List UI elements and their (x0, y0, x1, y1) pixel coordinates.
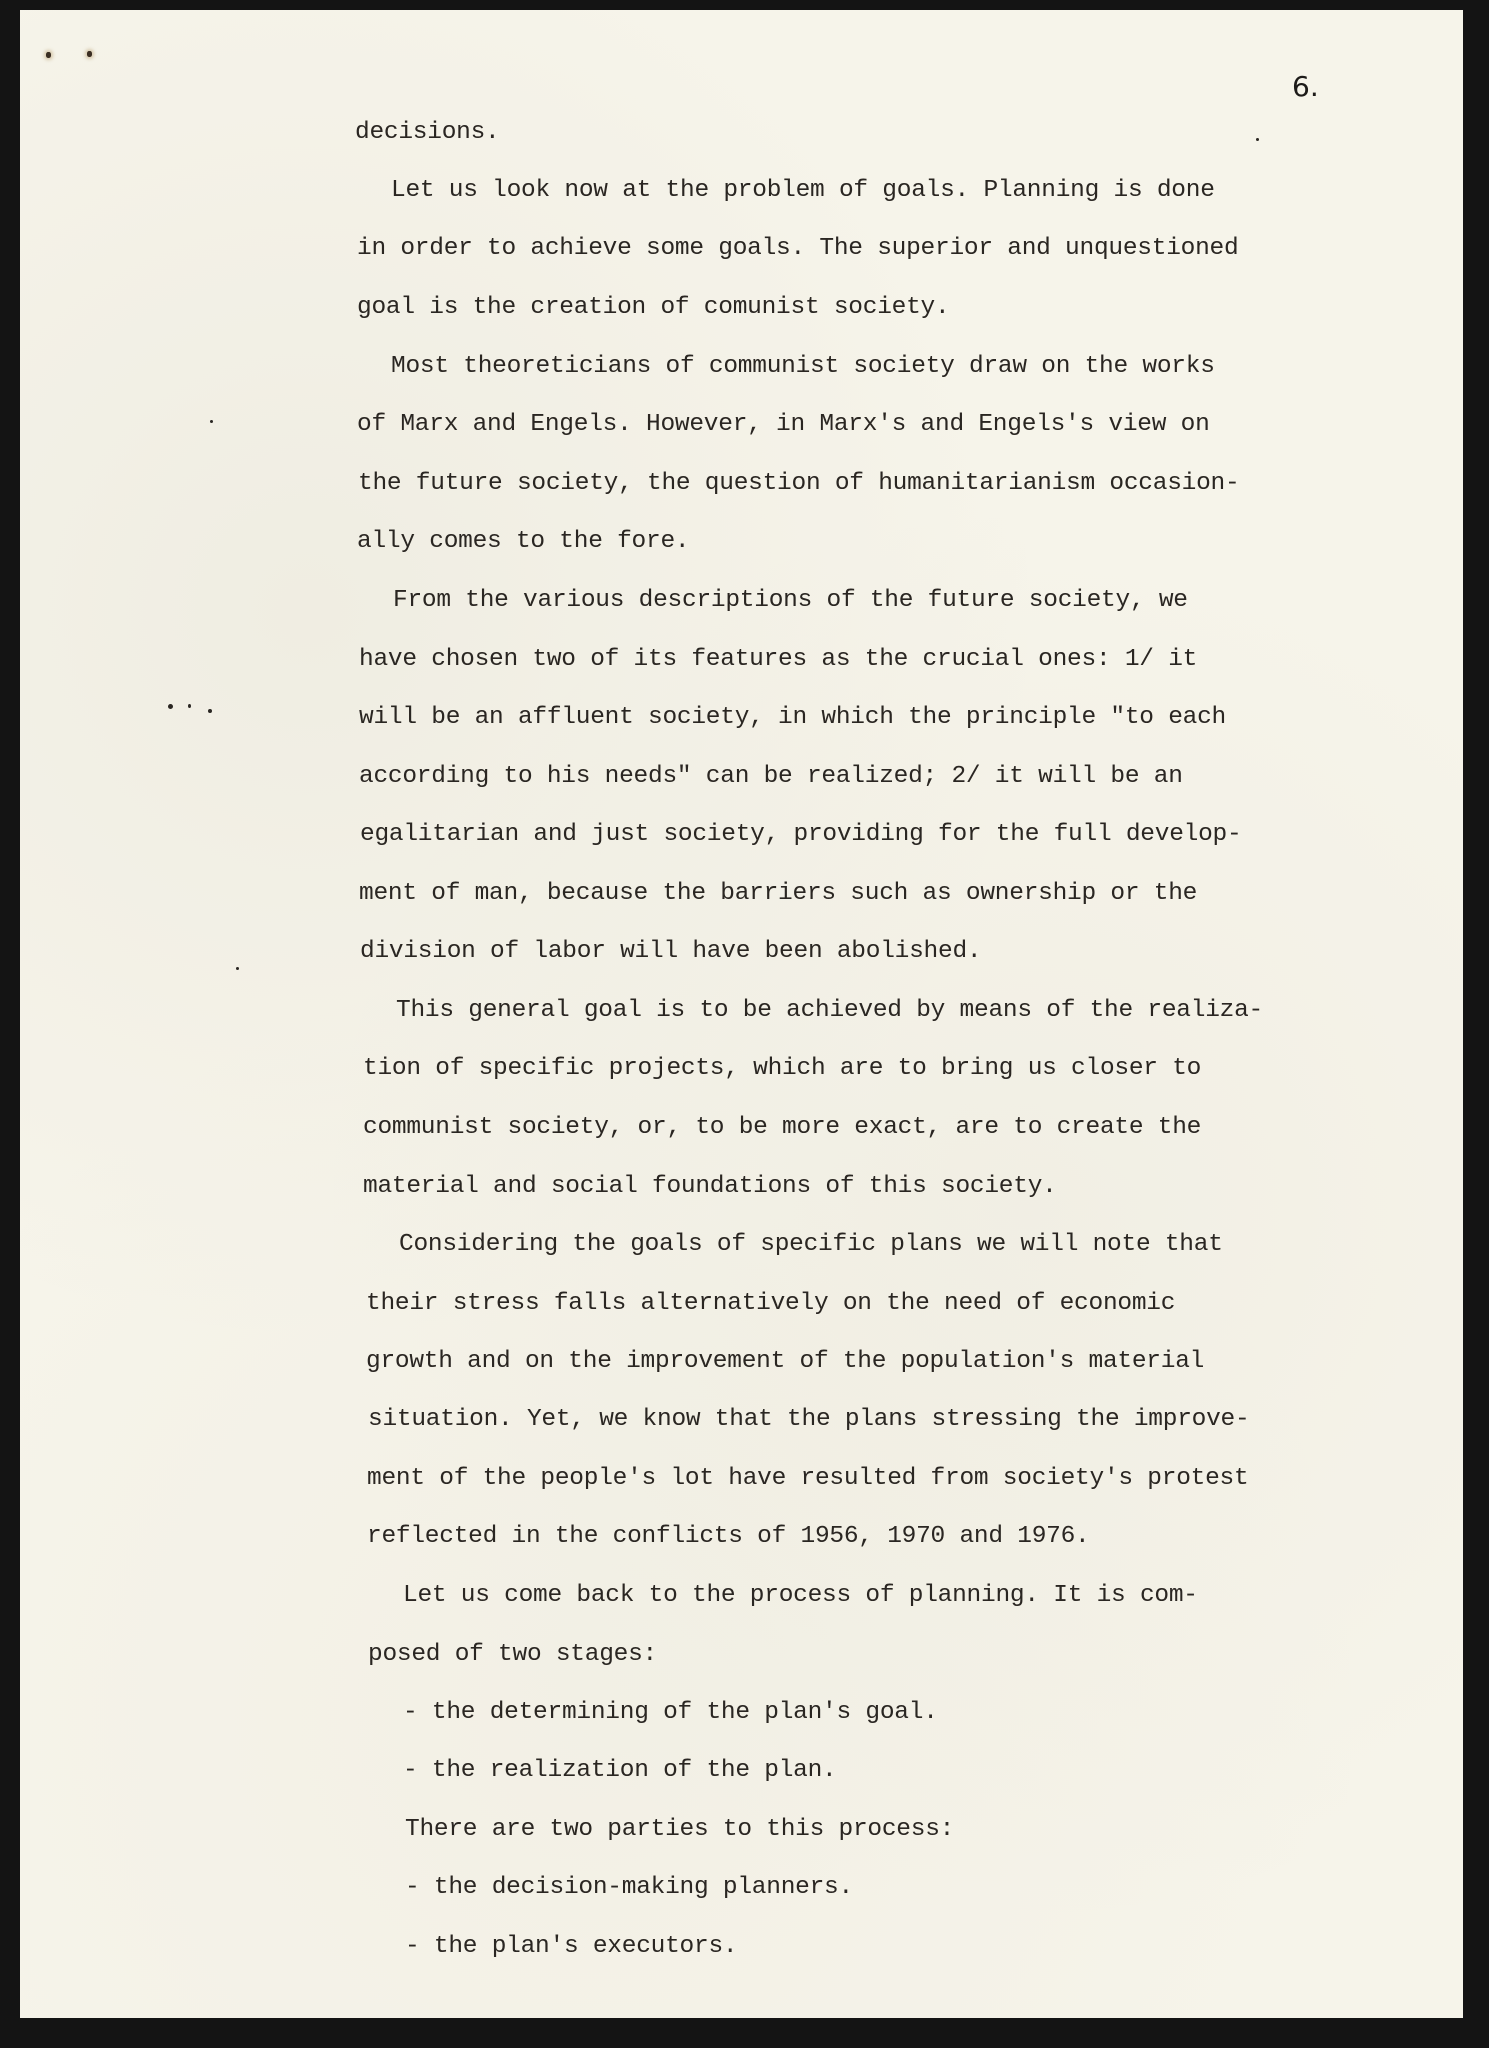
text-line: Most theoreticians of communist society … (391, 352, 1215, 382)
text-line: ment of man, because the barriers such a… (359, 879, 1197, 909)
text-line: their stress falls alternatively on the … (366, 1289, 1175, 1319)
ink-speck (208, 709, 212, 713)
text-line: the future society, the question of huma… (358, 469, 1239, 499)
text-line: ment of the people's lot have resulted f… (367, 1464, 1248, 1494)
text-line: From the various descriptions of the fut… (393, 586, 1188, 616)
text-line: decisions. (355, 118, 500, 148)
text-line: reflected in the conflicts of 1956, 1970… (367, 1522, 1090, 1552)
text-line: according to his needs" can be realized;… (359, 762, 1183, 792)
ink-speck (188, 704, 191, 708)
text-line: communist society, or, to be more exact,… (363, 1113, 1201, 1143)
text-line: goal is the creation of comunist society… (357, 293, 949, 323)
text-line: posed of two stages: (368, 1640, 657, 1670)
punch-hole-mark (87, 51, 92, 57)
text-line: This general goal is to be achieved by m… (396, 996, 1263, 1026)
text-line: material and social foundations of this … (363, 1172, 1057, 1202)
text-line: in order to achieve some goals. The supe… (357, 234, 1238, 264)
text-line: growth and on the improvement of the pop… (366, 1347, 1204, 1377)
text-line: Let us come back to the process of plann… (403, 1581, 1198, 1611)
text-line: Let us look now at the problem of goals.… (391, 176, 1215, 206)
ink-speck (210, 420, 213, 423)
ink-speck (168, 704, 173, 709)
text-line: - the realization of the plan. (403, 1756, 837, 1786)
text-line: - the decision-making planners. (405, 1873, 853, 1903)
ink-speck (236, 967, 239, 970)
text-line: situation. Yet, we know that the plans s… (368, 1405, 1249, 1435)
text-line: - the plan's executors. (405, 1932, 737, 1962)
text-line: egalitarian and just society, providing … (360, 820, 1241, 850)
text-line: Considering the goals of specific plans … (399, 1230, 1223, 1260)
page-number: 6. (1292, 70, 1319, 103)
punch-hole-mark (46, 52, 51, 58)
text-line: have chosen two of its features as the c… (359, 645, 1197, 675)
ink-speck (1256, 138, 1259, 141)
text-line: tion of specific projects, which are to … (363, 1054, 1201, 1084)
text-line: ally comes to the fore. (357, 527, 689, 557)
text-line: There are two parties to this process: (405, 1815, 954, 1845)
text-line: will be an affluent society, in which th… (359, 703, 1226, 733)
text-line: of Marx and Engels. However, in Marx's a… (357, 410, 1210, 440)
text-line: - the determining of the plan's goal. (403, 1698, 938, 1728)
text-line: division of labor will have been abolish… (360, 937, 981, 967)
